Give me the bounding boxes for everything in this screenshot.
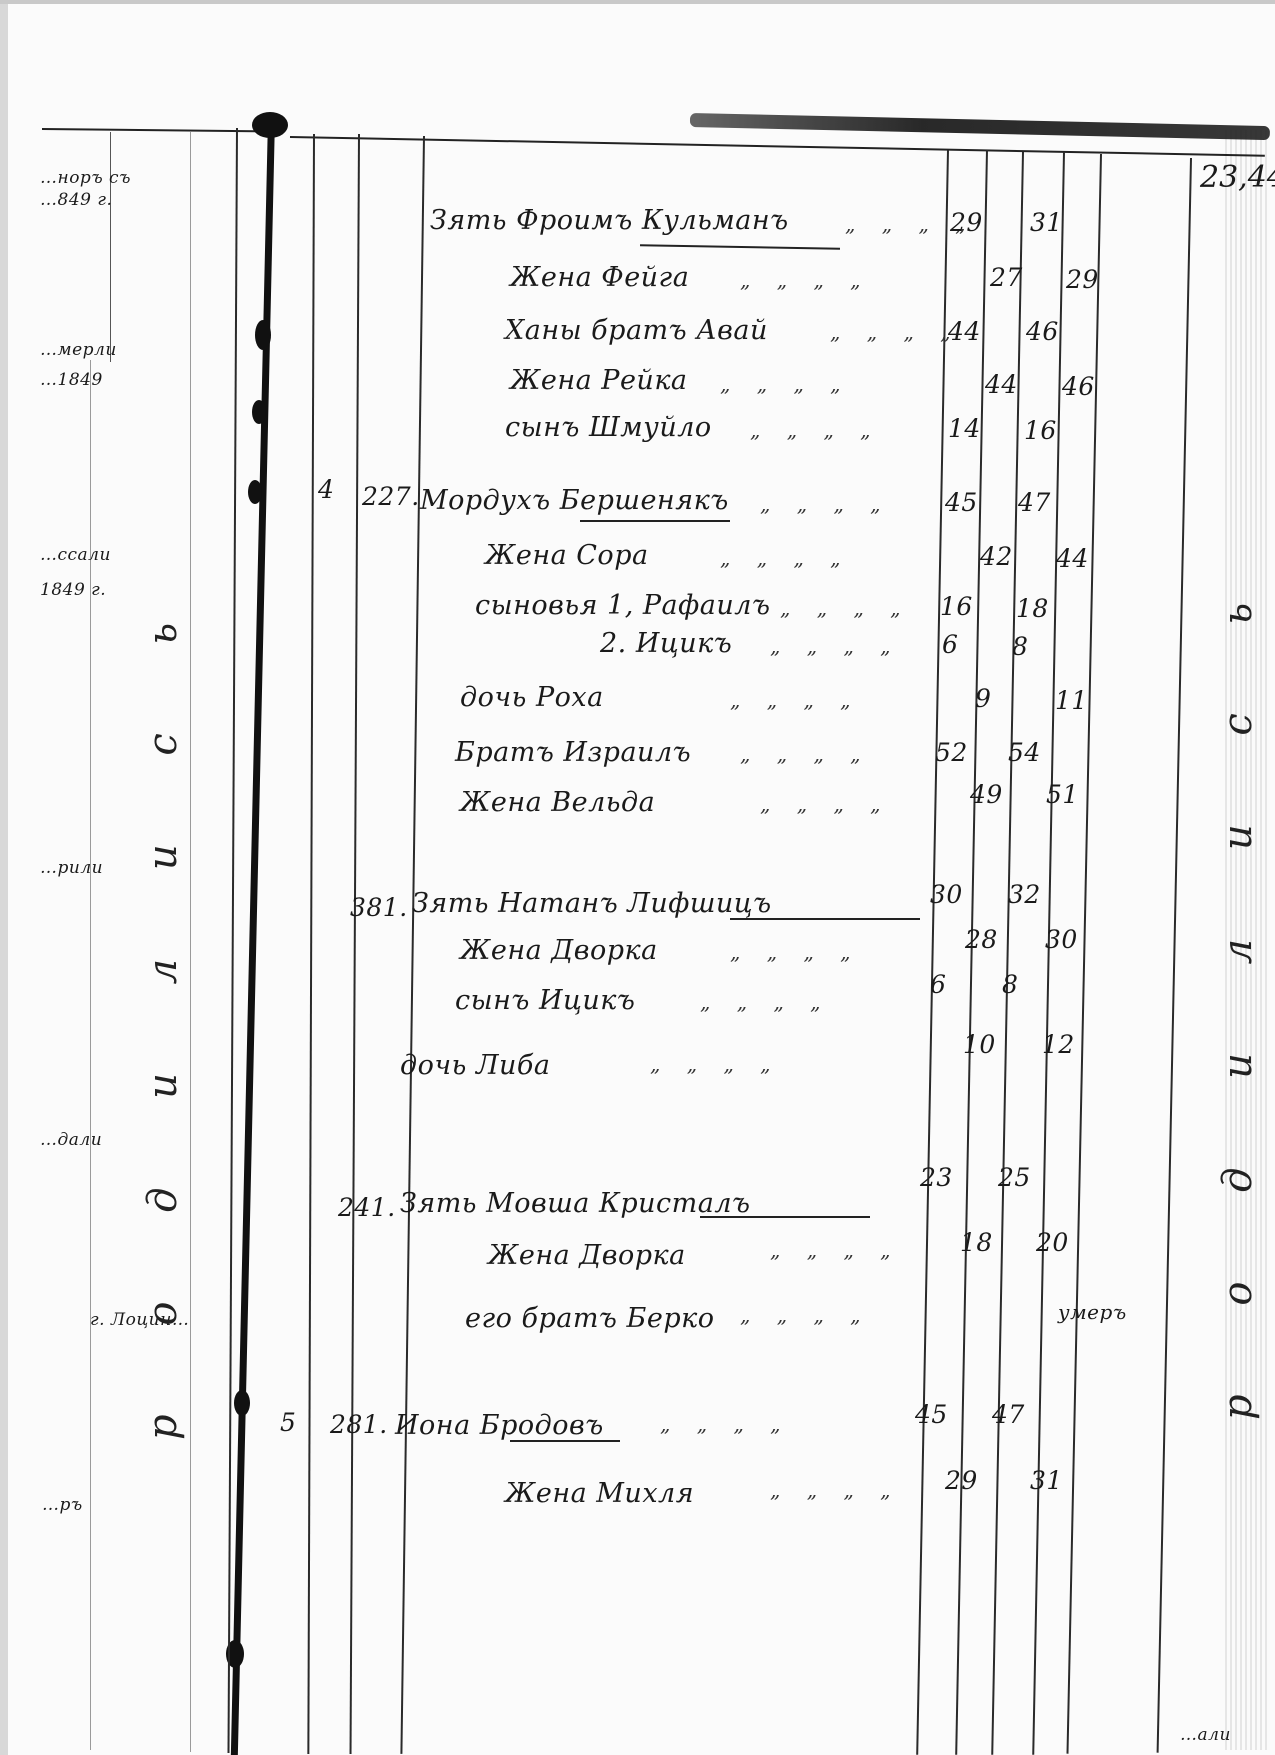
entry-name: Зять Фроимъ Кульманъ — [430, 205, 789, 236]
male-age-prev: 45 — [945, 488, 978, 517]
female-age-now: 20 — [1036, 1228, 1069, 1257]
male-age-prev: 45 — [915, 1400, 948, 1429]
male-age-now: 8 — [1002, 970, 1018, 999]
male-age-prev: 29 — [950, 208, 983, 237]
male-age-now: 32 — [1008, 880, 1041, 909]
ditto-marks: „ „ „ „ — [730, 688, 861, 712]
male-age-now: 46 — [1026, 317, 1059, 346]
entry-name: дочь Роха — [460, 682, 604, 713]
margin-rule — [110, 132, 111, 362]
male-age-prev: 6 — [942, 630, 958, 659]
column-rule — [350, 134, 360, 1754]
ditto-marks: „ „ „ „ — [730, 940, 861, 964]
column-rule — [400, 136, 425, 1754]
entry-name: Жена Фейга — [510, 262, 689, 293]
female-age-prev: 18 — [960, 1228, 993, 1257]
ditto-marks: „ „ „ „ — [830, 320, 961, 344]
margin-note: …849 г. — [40, 190, 112, 210]
female-age-prev: 27 — [990, 263, 1023, 292]
page-number: 23,44 — [1200, 160, 1275, 195]
margin-note: 1849 г. — [40, 580, 106, 600]
right-margin-vertical-text: р о д и л и с ь — [1215, 565, 1261, 1420]
female-age-prev: 44 — [985, 370, 1018, 399]
surname-underline — [730, 918, 920, 920]
entry-name: Иона Бродовъ — [395, 1410, 604, 1441]
margin-note: …1849 — [40, 370, 103, 390]
male-age-prev: 16 — [940, 592, 973, 621]
remark-deceased: умеръ — [1058, 1300, 1127, 1324]
female-age-now: 31 — [1030, 1466, 1063, 1495]
page-top-edge — [0, 0, 1275, 4]
entry-name: Жена Михля — [505, 1478, 694, 1509]
entry-name: Жена Сора — [485, 540, 649, 571]
binding-knot — [234, 1390, 250, 1416]
male-age-now: 47 — [1018, 488, 1051, 517]
entry-name: дочь Либа — [400, 1050, 550, 1081]
female-age-now: 44 — [1056, 544, 1089, 573]
entry-name: Мордухъ Бершенякъ — [420, 485, 729, 516]
ditto-marks: „ „ „ „ — [700, 990, 831, 1014]
right-margin-note: …али — [1180, 1725, 1231, 1745]
entry-name: Жена Вельда — [460, 787, 655, 818]
surname-underline — [640, 244, 840, 249]
female-age-prev: 42 — [980, 542, 1013, 571]
top-edge-smudge — [690, 113, 1270, 140]
male-age-prev: 14 — [948, 414, 981, 443]
ditto-marks: „ „ „ „ — [740, 742, 871, 766]
female-age-prev: 10 — [963, 1030, 996, 1059]
binding-knot — [255, 320, 271, 350]
female-age-now: 51 — [1046, 780, 1079, 809]
ditto-marks: „ „ „ „ — [660, 1412, 791, 1436]
male-age-prev: 30 — [930, 880, 963, 909]
binding-blot — [252, 112, 288, 138]
entry-name: Зять Мовша Кристалъ — [400, 1188, 751, 1219]
column-rule — [1157, 158, 1192, 1753]
ditto-marks: „ „ „ „ — [750, 418, 881, 442]
entry-name: Братъ Израилъ — [455, 737, 691, 768]
ditto-marks: „ „ „ „ — [760, 492, 891, 516]
family-number: 5 — [280, 1408, 296, 1437]
ditto-marks: „ „ „ „ — [780, 596, 911, 620]
record-number: 241. — [338, 1193, 396, 1222]
family-number: 4 — [318, 475, 334, 504]
male-age-now: 31 — [1030, 208, 1063, 237]
entry-name: его братъ Берко — [465, 1303, 715, 1334]
female-age-prev: 49 — [970, 780, 1003, 809]
binding-knot — [252, 400, 266, 424]
surname-underline — [580, 520, 730, 522]
entry-name: Жена Дворка — [488, 1240, 686, 1271]
female-age-now: 30 — [1045, 925, 1078, 954]
ditto-marks: „ „ „ „ — [760, 792, 891, 816]
male-age-prev: 52 — [935, 738, 968, 767]
ditto-marks: „ „ „ „ — [770, 1238, 901, 1262]
female-age-now: 12 — [1042, 1030, 1075, 1059]
female-age-prev: 29 — [945, 1466, 978, 1495]
record-number: 381. — [350, 893, 408, 922]
record-number: 281. — [330, 1410, 388, 1439]
margin-note: …ръ — [42, 1495, 83, 1515]
margin-note: …рили — [40, 858, 103, 878]
entry-name: Зять Натанъ Лифшицъ — [412, 888, 772, 919]
record-number: 227. — [362, 482, 420, 511]
surname-underline — [700, 1216, 870, 1218]
entry-name: сынъ Ицикъ — [455, 985, 635, 1016]
margin-note: …дали — [40, 1130, 102, 1150]
ditto-marks: „ „ „ „ — [650, 1052, 781, 1076]
column-rule — [307, 134, 315, 1754]
female-age-now: 46 — [1062, 372, 1095, 401]
ditto-marks: „ „ „ „ — [740, 268, 871, 292]
entry-name: Жена Дворка — [460, 935, 658, 966]
female-age-now: 11 — [1055, 686, 1088, 715]
margin-rule-faint — [90, 360, 91, 1750]
ditto-marks: „ „ „ „ — [720, 546, 851, 570]
male-age-prev: 23 — [920, 1163, 953, 1192]
margin-note: …мерли — [40, 340, 117, 360]
column-rule — [916, 150, 949, 1755]
entry-name: Ханы братъ Авай — [505, 315, 768, 346]
ditto-marks: „ „ „ „ — [770, 1478, 901, 1502]
margin-rule-faint — [190, 132, 191, 1752]
male-age-prev: 44 — [948, 317, 981, 346]
binding-knot — [248, 480, 262, 504]
female-age-prev: 9 — [975, 684, 991, 713]
page-edge-shadow — [0, 0, 8, 1755]
entry-name: сынъ Шмуйло — [505, 412, 712, 443]
ditto-marks: „ „ „ „ — [740, 1303, 871, 1327]
male-age-now: 8 — [1012, 632, 1028, 661]
margin-note: …ссали — [40, 545, 111, 565]
male-age-now: 25 — [998, 1163, 1031, 1192]
entry-name: Жена Рейка — [510, 365, 688, 396]
entry-name: сыновья 1, Рафаилъ — [475, 590, 770, 621]
male-age-now: 18 — [1016, 594, 1049, 623]
margin-note: …норъ съ — [40, 168, 131, 188]
census-page: 23,44 …норъ съ …849 г. …мерли …1849 …сса… — [0, 0, 1275, 1755]
male-age-now: 16 — [1024, 416, 1057, 445]
male-age-prev: 6 — [930, 970, 946, 999]
male-age-now: 47 — [992, 1400, 1025, 1429]
binding-spine — [231, 118, 275, 1755]
ditto-marks: „ „ „ „ — [720, 372, 851, 396]
entry-name: 2. Ицикъ — [600, 628, 732, 659]
female-age-now: 29 — [1066, 265, 1099, 294]
header-rule-right — [290, 136, 1265, 157]
surname-underline — [510, 1440, 620, 1442]
female-age-prev: 28 — [965, 925, 998, 954]
margin-vertical-text: р о д и л и с ь — [140, 585, 186, 1440]
male-age-now: 54 — [1008, 738, 1041, 767]
ditto-marks: „ „ „ „ — [770, 634, 901, 658]
